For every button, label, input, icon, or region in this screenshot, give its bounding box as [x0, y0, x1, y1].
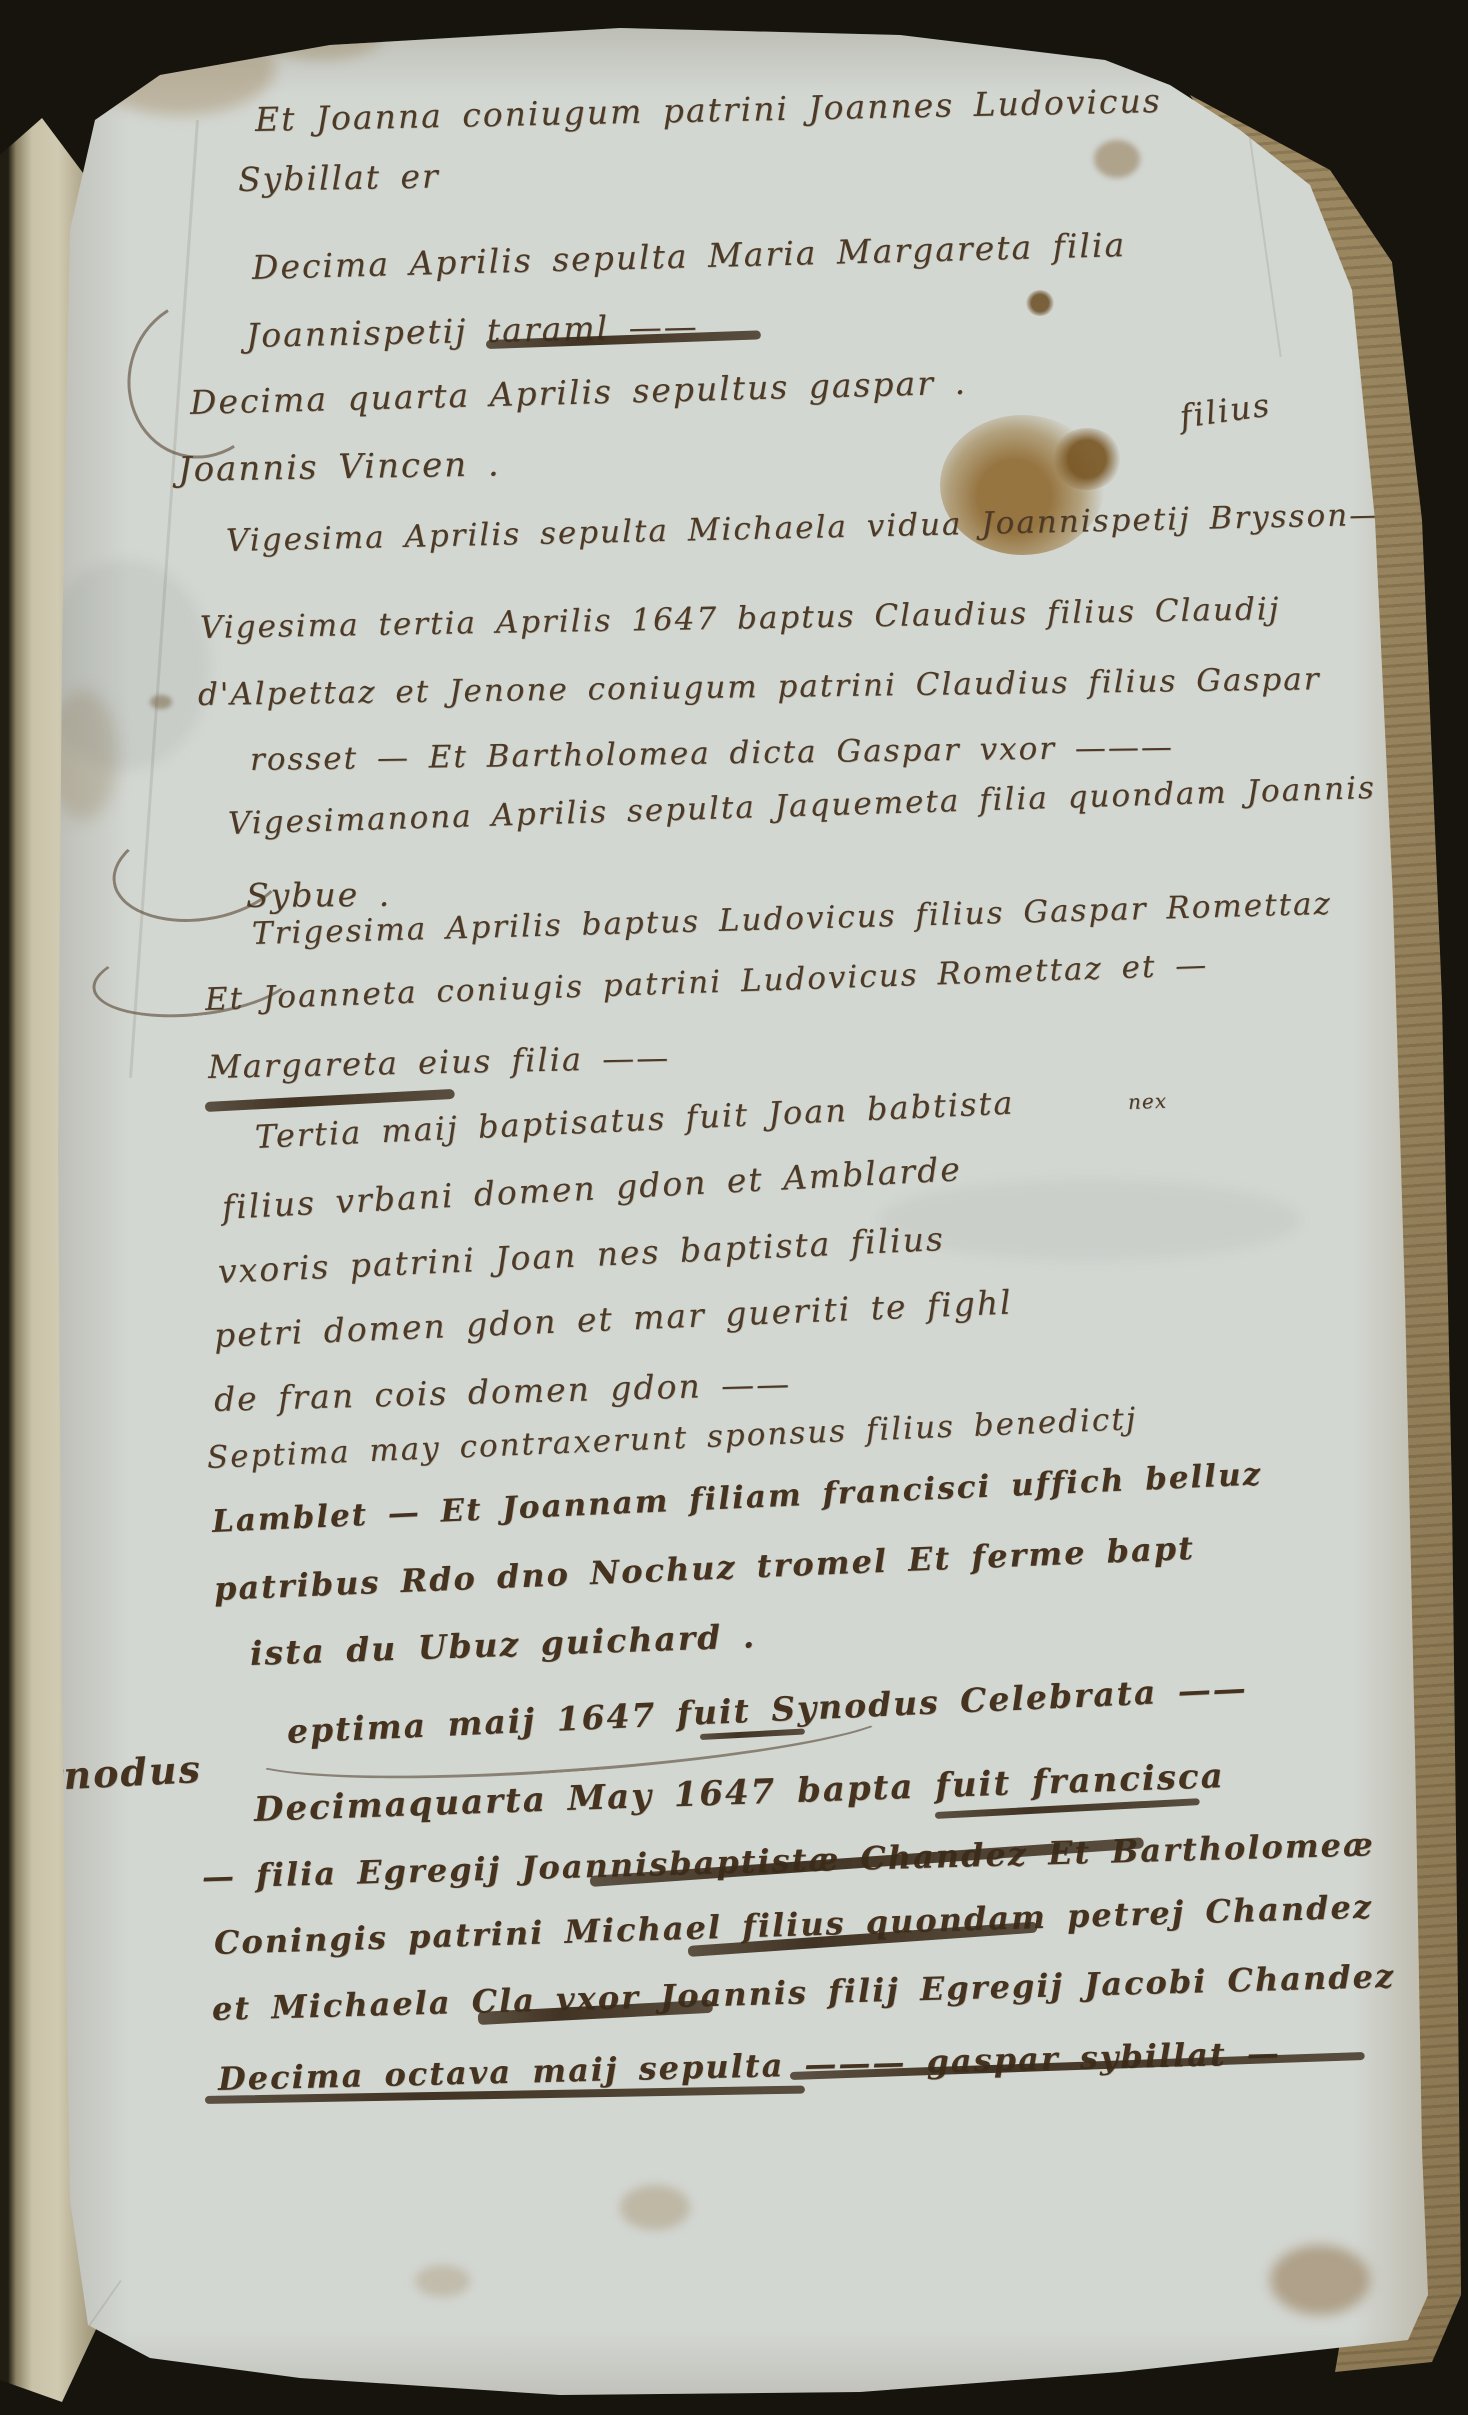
- manuscript-line: Vigesima tertia Aprilis 1647 baptus Clau…: [200, 591, 1281, 646]
- manuscript-line: Margareta eius filia ——: [208, 1038, 671, 1086]
- manuscript-line: Sybillat er: [238, 156, 440, 199]
- manuscript-line: — filia Egregij Joannisbaptistæ Chandez …: [201, 1825, 1375, 1896]
- manuscript-line: Vigesima Aprilis sepulta Michaela vidua …: [226, 497, 1383, 559]
- manuscript-line: Sybue .: [246, 875, 391, 915]
- manuscript-page: Et Joanna coniugum patrini Joannes Ludov…: [0, 0, 1468, 2415]
- manuscript-line: Decima Aprilis sepulta Maria Margareta f…: [251, 225, 1126, 287]
- manuscript-line: de fran cois domen gdon ——: [213, 1364, 791, 1419]
- manuscript-line: Decima quarta Aprilis sepultus gaspar .: [189, 363, 967, 422]
- paper-stain: [85, 20, 275, 115]
- paper-stain: [255, 5, 385, 60]
- manuscript-line: Trigesima Aprilis baptus Ludovicus filiu…: [251, 886, 1332, 952]
- manuscript-line: Vigesimanona Aprilis sepulta Jaquemeta f…: [227, 770, 1376, 842]
- paper-stain: [620, 2185, 690, 2230]
- ink-dash-mark: [205, 1089, 455, 1112]
- manuscript-line-fragment: filius: [1177, 385, 1273, 435]
- manuscript-line: Coningis patrini Michael filius quondam …: [213, 1888, 1373, 1962]
- manuscript-line: Joannis Vincen .: [178, 444, 501, 490]
- paper-stain: [415, 2265, 470, 2297]
- manuscript-line: filius vrbani domen gdon et Amblarde: [221, 1149, 963, 1227]
- manuscript-line: ista du Ubuz guichard .: [249, 1616, 756, 1673]
- manuscript-line: petri domen gdon et mar gueriti te fighl: [213, 1283, 1013, 1355]
- manuscript-line: Joannispetij taraml ——: [246, 307, 699, 355]
- bleedthrough-smudge: [40, 560, 210, 770]
- pen-flourish: [110, 282, 293, 475]
- manuscript-line: d'Alpettaz et Jenone coniugum patrini Cl…: [198, 661, 1321, 713]
- ink-stain: [1052, 428, 1122, 490]
- manuscript-line: vxoris patrini Joan nes baptista filius: [217, 1219, 945, 1291]
- paper-stain: [1094, 140, 1140, 178]
- manuscript-line: et Michaela Cla vxor Joannis filij Egreg…: [211, 1957, 1395, 2028]
- manuscript-photo: Et Joanna coniugum patrini Joannes Ludov…: [0, 0, 1468, 2415]
- interlinear-note: nex: [1128, 1089, 1168, 1114]
- paper-crease: [1238, 60, 1282, 357]
- manuscript-line: Et Joanneta coniugis patrini Ludovicus R…: [204, 947, 1208, 1018]
- manuscript-line: rosset — Et Bartholomea dicta Gaspar vxo…: [250, 729, 1174, 778]
- manuscript-line: patribus Rdo dno Nochuz tromel Et ferme …: [213, 1529, 1195, 1608]
- manuscript-line: Et Joanna coniugum patrini Joannes Ludov…: [255, 81, 1162, 139]
- ink-stain: [1026, 290, 1054, 316]
- paper-stain: [1270, 2245, 1370, 2315]
